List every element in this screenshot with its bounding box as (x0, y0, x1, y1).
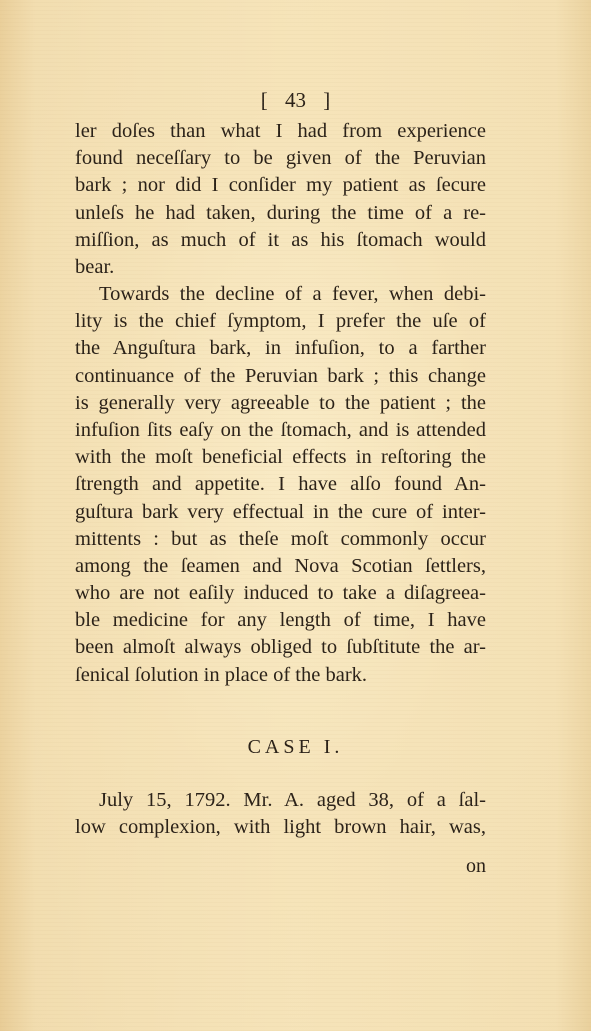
text-line: is generally very agreeable to the patie… (75, 390, 486, 417)
text-line: been almoſt always obliged to ſubſtitute… (75, 634, 486, 661)
text-line: ſtrength and appetite. I have alſo found… (75, 471, 486, 498)
text-line: ſenical ſolution in place of the bark. (75, 662, 486, 689)
text-line: lity is the chief ſymptom, I prefer the … (75, 308, 486, 335)
text-line: July 15, 1792. Mr. A. aged 38, of a ſal- (75, 787, 486, 814)
text-line: ler doſes than what I had from experienc… (75, 118, 486, 145)
text-line: with the moſt beneficial effects in reſt… (75, 444, 486, 471)
text-line: guſtura bark very effectual in the cure … (75, 499, 486, 526)
text-line: continuance of the Peruvian bark ; this … (75, 363, 486, 390)
text-line: low complexion, with light brown hair, w… (75, 814, 486, 841)
catchword: on (75, 855, 486, 878)
text-line: infuſion ſits eaſy on the ſtomach, and i… (75, 417, 486, 444)
page-number: [ 43 ] (0, 88, 591, 113)
paragraph-angustura: Towards the decline of a fever, when deb… (75, 281, 486, 689)
paragraph-continuation: ler doſes than what I had from experienc… (75, 118, 486, 281)
text-line: miſſion, as much of it as his ſtomach wo… (75, 227, 486, 254)
text-line: the Anguſtura bark, in infuſion, to a fa… (75, 335, 486, 362)
paragraph-case: July 15, 1792. Mr. A. aged 38, of a ſal-… (75, 787, 486, 841)
book-page: [ 43 ] ler doſes than what I had from ex… (0, 0, 591, 1031)
text-line: mittents : but as theſe moſt commonly oc… (75, 526, 486, 553)
case-heading: CASE I. (0, 736, 591, 759)
text-line: unleſs he had taken, during the time of … (75, 200, 486, 227)
text-line: among the ſeamen and Nova Scotian ſettle… (75, 553, 486, 580)
text-line: bark ; nor did I conſider my patient as … (75, 172, 486, 199)
text-line: found neceſſary to be given of the Peruv… (75, 145, 486, 172)
text-line: Towards the decline of a fever, when deb… (75, 281, 486, 308)
text-line: bear. (75, 254, 486, 281)
text-line: ble medicine for any length of time, I h… (75, 607, 486, 634)
text-line: who are not eaſily induced to take a diſ… (75, 580, 486, 607)
